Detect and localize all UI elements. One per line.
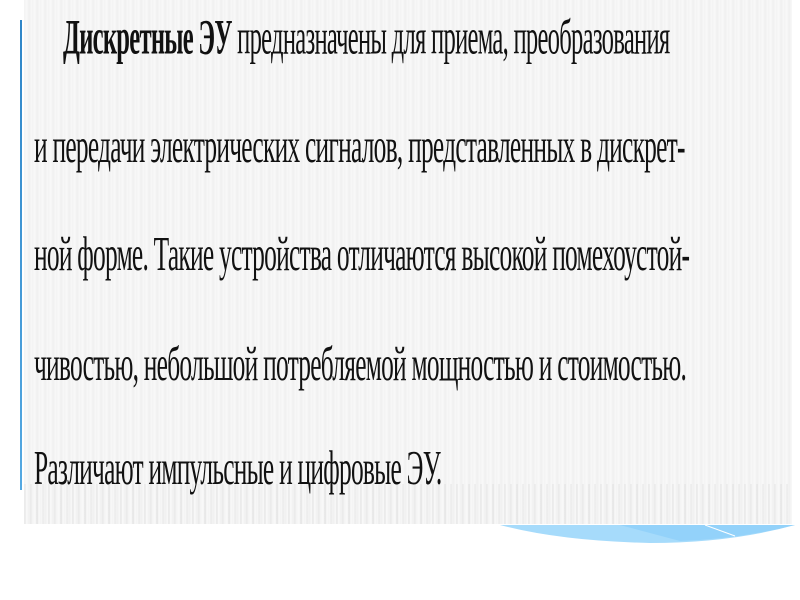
scanned-text-image: Дискретные ЭУ предназначены для приема, … [24,0,792,524]
accent-line [20,20,22,490]
text-line-5: Различают импульсные и цифровые ЭУ. [34,444,441,492]
text-line-2: и передачи электрических сигналов, предс… [34,122,685,170]
slide: Дискретные ЭУ предназначены для приема, … [0,0,800,600]
text-line-3: ной форме. Такие устройства отличаются в… [34,230,689,278]
text-line-1: Дискретные ЭУ предназначены для приема, … [63,12,670,62]
term-discrete-eu: Дискретные ЭУ [63,8,232,64]
decorative-swoosh [500,525,795,545]
text-line-4: чивостью, небольшой потребляемой мощност… [34,340,686,388]
